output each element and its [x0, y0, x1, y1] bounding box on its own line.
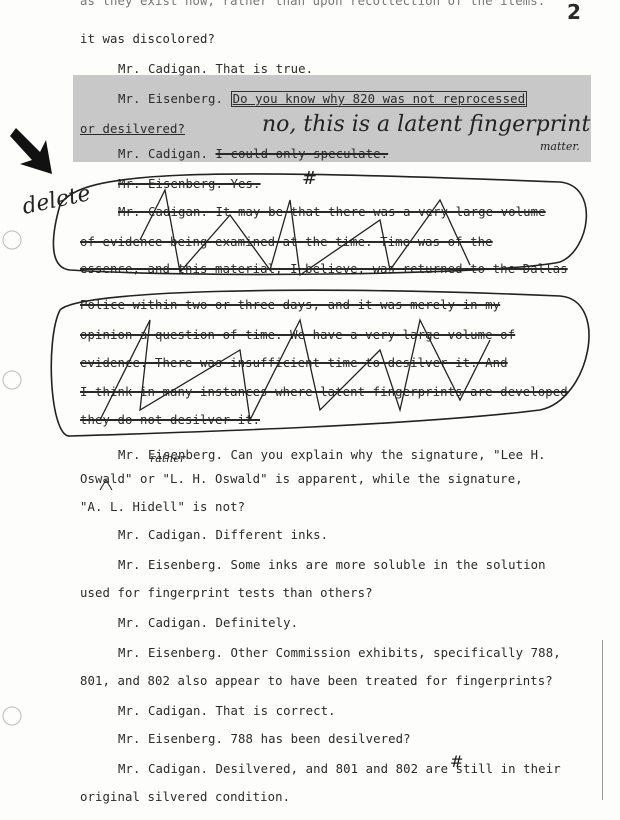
pen-markings	[0, 0, 620, 820]
arrow-icon	[10, 128, 52, 174]
